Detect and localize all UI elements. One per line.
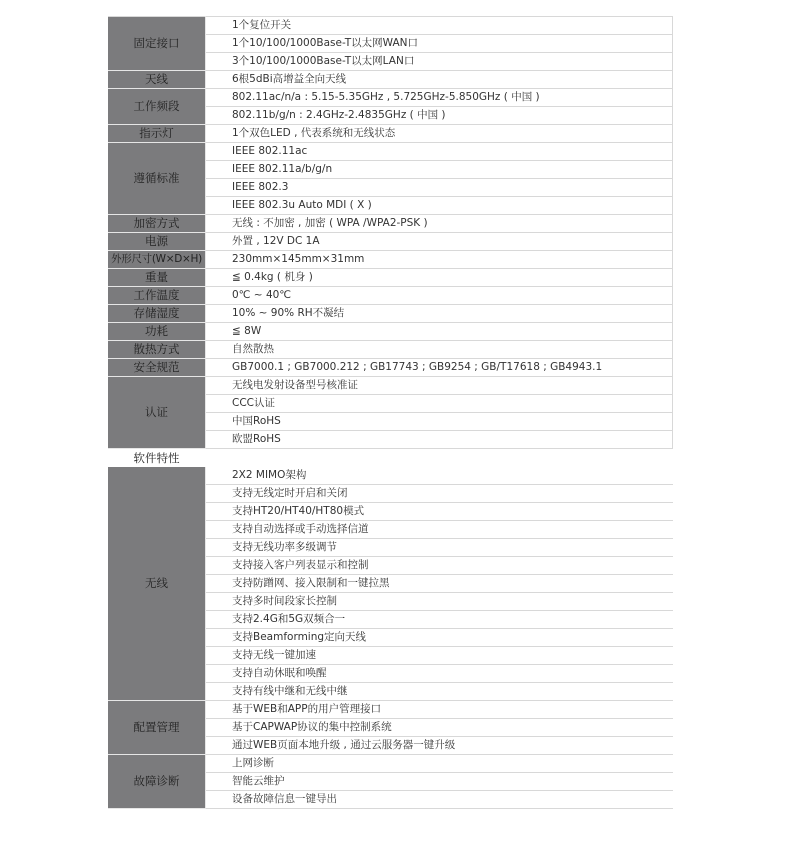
row-value: 0℃ ~ 40℃ (206, 287, 673, 305)
row-value: 支持无线一键加速 (206, 647, 674, 665)
row-value: 802.11ac/n/a : 5.15-5.35GHz , 5.725GHz-5… (206, 89, 673, 107)
row-value: 上网诊断 (206, 755, 674, 773)
row-label: 功耗 (108, 323, 206, 341)
table-row: 重量≦ 0.4kg ( 机身 ) (108, 269, 673, 287)
row-value: 支持Beamforming定向天线 (206, 629, 674, 647)
row-label: 天线 (108, 71, 206, 89)
row-value: 支持自动休眠和唤醒 (206, 665, 674, 683)
table-row: 固定接口1个复位开关 (108, 17, 673, 35)
row-value: 无线电发射设备型号核准证 (206, 377, 673, 395)
row-value: CCC认证 (206, 395, 673, 413)
row-value: 支持接入客户列表显示和控制 (206, 557, 674, 575)
row-value: 6根5dBi高增益全向天线 (206, 71, 673, 89)
hardware-spec-table: 固定接口1个复位开关1个10/100/1000Base-T以太网WAN口3个10… (108, 16, 673, 449)
row-label: 工作温度 (108, 287, 206, 305)
row-label: 遵循标准 (108, 143, 206, 215)
row-label: 工作频段 (108, 89, 206, 125)
row-value: 2X2 MIMO架构 (206, 467, 674, 485)
row-value: 基于CAPWAP协议的集中控制系统 (206, 719, 674, 737)
table-row: 故障诊断上网诊断 (108, 755, 673, 773)
row-value: 1个复位开关 (206, 17, 673, 35)
software-features-title: 软件特性 (108, 449, 205, 467)
row-label: 电源 (108, 233, 206, 251)
row-label: 重量 (108, 269, 206, 287)
row-value: IEEE 802.3u Auto MDI ( X ) (206, 197, 673, 215)
row-label: 安全规范 (108, 359, 206, 377)
row-value: 设备故障信息一键导出 (206, 791, 674, 809)
row-value: 支持自动选择或手动选择信道 (206, 521, 674, 539)
table-row: 安全规范GB7000.1 ; GB7000.212 ; GB17743 ; GB… (108, 359, 673, 377)
row-value: 支持2.4G和5G双频合一 (206, 611, 674, 629)
row-value: ≦ 8W (206, 323, 673, 341)
row-value: 802.11b/g/n : 2.4GHz-2.4835GHz ( 中国 ) (206, 107, 673, 125)
row-label: 加密方式 (108, 215, 206, 233)
row-value: IEEE 802.11ac (206, 143, 673, 161)
row-value: 支持防蹭网、接入限制和一键拉黑 (206, 575, 674, 593)
software-feature-table: 无线2X2 MIMO架构支持无线定时开启和关闭支持HT20/HT40/HT80模… (108, 467, 673, 809)
row-label: 故障诊断 (108, 755, 206, 809)
row-value: 1个双色LED , 代表系统和无线状态 (206, 125, 673, 143)
row-label: 认证 (108, 377, 206, 449)
row-label: 外形尺寸(W×D×H) (108, 251, 206, 269)
row-label: 配置管理 (108, 701, 206, 755)
row-value: 1个10/100/1000Base-T以太网WAN口 (206, 35, 673, 53)
row-value: ≦ 0.4kg ( 机身 ) (206, 269, 673, 287)
row-value: 支持HT20/HT40/HT80模式 (206, 503, 674, 521)
table-row: 无线2X2 MIMO架构 (108, 467, 673, 485)
table-row: 工作频段802.11ac/n/a : 5.15-5.35GHz , 5.725G… (108, 89, 673, 107)
row-value: 无线 : 不加密 , 加密 ( WPA /WPA2-PSK ) (206, 215, 673, 233)
row-value: 自然散热 (206, 341, 673, 359)
row-value: 中国RoHS (206, 413, 673, 431)
row-label: 存储湿度 (108, 305, 206, 323)
row-value: 支持多时间段家长控制 (206, 593, 674, 611)
table-row: 配置管理基于WEB和APP的用户管理接口 (108, 701, 673, 719)
row-value: 10% ~ 90% RH不凝结 (206, 305, 673, 323)
row-value: 智能云维护 (206, 773, 674, 791)
row-value: IEEE 802.3 (206, 179, 673, 197)
row-label: 散热方式 (108, 341, 206, 359)
row-value: 3个10/100/1000Base-T以太网LAN口 (206, 53, 673, 71)
row-label: 固定接口 (108, 17, 206, 71)
table-row: 天线6根5dBi高增益全向天线 (108, 71, 673, 89)
row-value: GB7000.1 ; GB7000.212 ; GB17743 ; GB9254… (206, 359, 673, 377)
row-value: 230mm×145mm×31mm (206, 251, 673, 269)
row-value: IEEE 802.11a/b/g/n (206, 161, 673, 179)
row-value: 基于WEB和APP的用户管理接口 (206, 701, 674, 719)
table-row: 电源外置 , 12V DC 1A (108, 233, 673, 251)
table-row: 指示灯1个双色LED , 代表系统和无线状态 (108, 125, 673, 143)
row-value: 支持有线中继和无线中继 (206, 683, 674, 701)
row-label: 指示灯 (108, 125, 206, 143)
row-value: 支持无线定时开启和关闭 (206, 485, 674, 503)
row-value: 欧盟RoHS (206, 431, 673, 449)
table-row: 功耗≦ 8W (108, 323, 673, 341)
table-row: 加密方式无线 : 不加密 , 加密 ( WPA /WPA2-PSK ) (108, 215, 673, 233)
row-value: 外置 , 12V DC 1A (206, 233, 673, 251)
table-row: 散热方式自然散热 (108, 341, 673, 359)
table-row: 存储湿度10% ~ 90% RH不凝结 (108, 305, 673, 323)
row-value: 通过WEB页面本地升级 , 通过云服务器一键升级 (206, 737, 674, 755)
table-row: 外形尺寸(W×D×H)230mm×145mm×31mm (108, 251, 673, 269)
table-row: 认证无线电发射设备型号核准证 (108, 377, 673, 395)
row-label: 无线 (108, 467, 206, 701)
table-row: 工作温度0℃ ~ 40℃ (108, 287, 673, 305)
row-value: 支持无线功率多级调节 (206, 539, 674, 557)
table-row: 遵循标准IEEE 802.11ac (108, 143, 673, 161)
